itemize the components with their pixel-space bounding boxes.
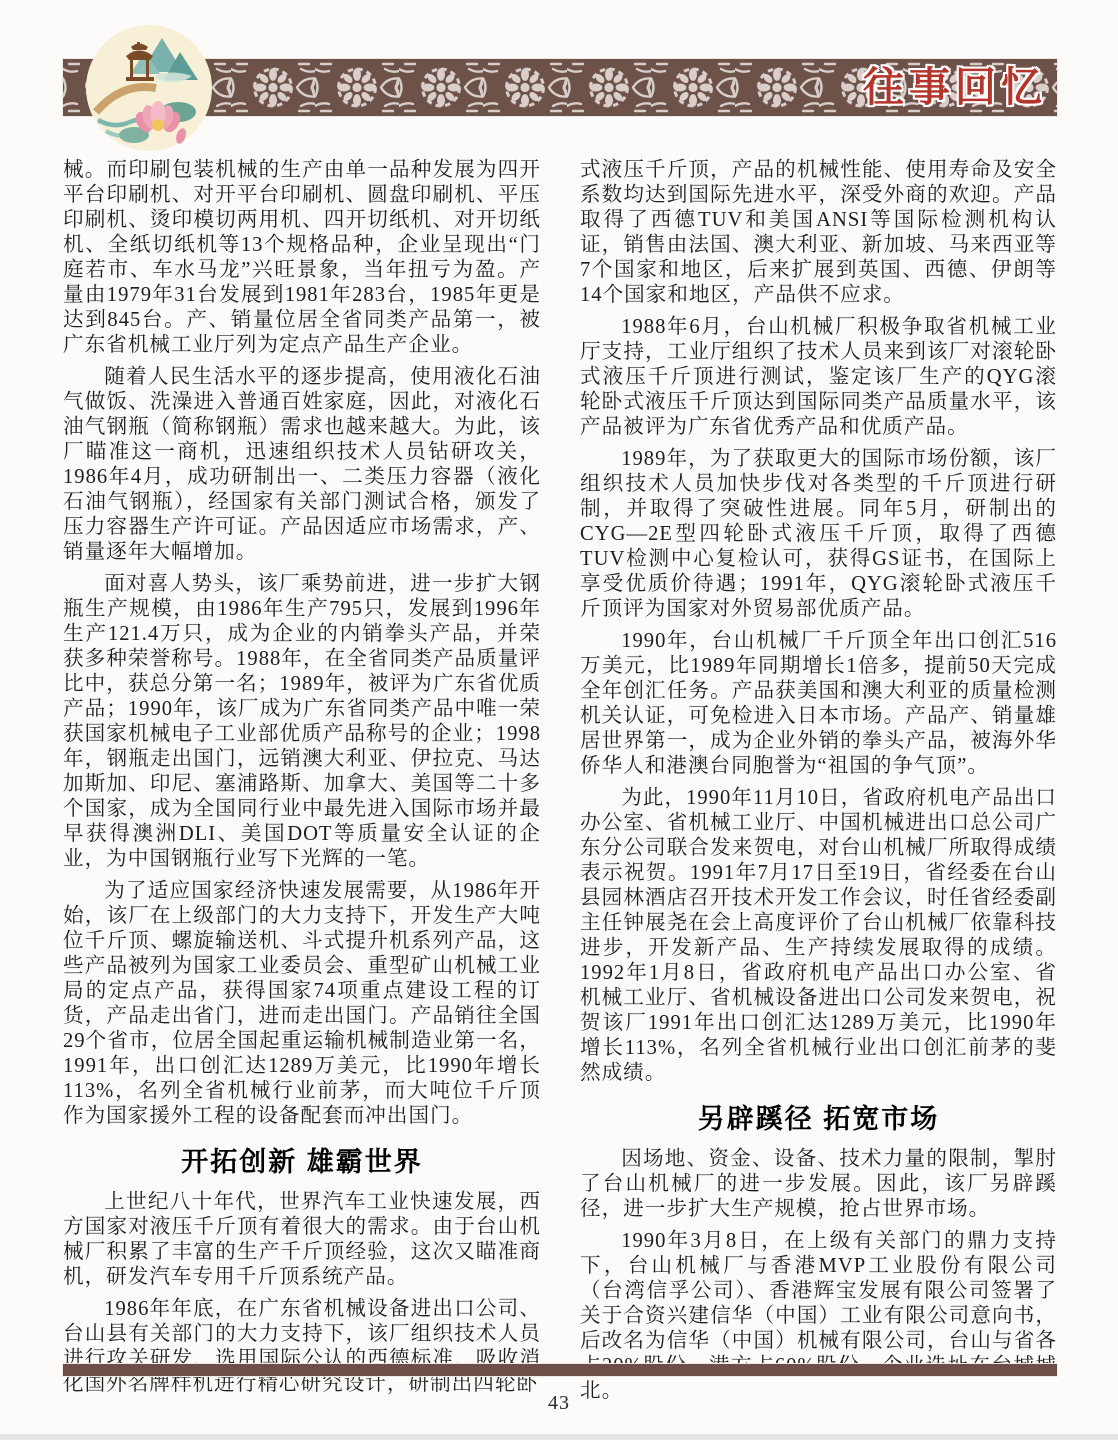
paragraph: 为此，1990年11月10日，省政府机电产品出口办公室、省机械工业厅、中国机械进… [580,786,1057,1086]
paragraph: 因场地、资金、设备、技术力量的限制，掣肘了台山机械厂的进一步发展。因此，该厂另辟… [580,1147,1057,1222]
paragraph: 1986年年底，在广东省机械设备进出口公司、台山县有关部门的大力支持下，该厂组织… [63,1297,541,1397]
paragraph: 面对喜人势头，该厂乘势前进，进一步扩大钢瓶生产规模，由1986年生产795只，发… [63,572,541,872]
landscape-lotus-emblem-icon [82,22,216,156]
footer-rule [63,1364,1057,1376]
paragraph: 械。而印刷包装机械的生产由单一品种发展为四开平台印刷机、对开平台印刷机、圆盘印刷… [63,158,541,358]
left-column: 械。而印刷包装机械的生产由单一品种发展为四开平台印刷机、对开平台印刷机、圆盘印刷… [63,158,541,1404]
paragraph: 随着人民生活水平的逐步提高，使用液化石油气做饭、洗澡进入普通百姓家庭，因此，对液… [63,365,541,565]
section-heading-market: 另辟蹊径 拓宽市场 [580,1097,1057,1136]
paragraph: 上世纪八十年代，世界汽车工业快速发展，西方国家对液压千斤顶有着很大的需求。由于台… [63,1190,541,1290]
section-heading-innovation: 开拓创新 雄霸世界 [63,1140,541,1179]
paragraph: 1990年，台山机械厂千斤顶全年出口创汇516万美元，比1989年同期增长1倍多… [580,629,1057,779]
paragraph: 1990年3月8日，在上级有关部门的鼎力支持下，台山机械厂与香港MVP工业股份有… [580,1229,1057,1404]
right-column: 式液压千斤顶，产品的机械性能、使用寿命及安全系数均达到国际先进水平，深受外商的欢… [580,158,1057,1411]
page-number: 43 [0,1392,1118,1415]
paragraph: 1988年6月，台山机械厂积极争取省机械工业厅支持，工业厅组织了技术人员来到该厂… [580,315,1057,440]
paragraph: 式液压千斤顶，产品的机械性能、使用寿命及安全系数均达到国际先进水平，深受外商的欢… [580,158,1057,308]
paragraph: 1989年，为了获取更大的国际市场份额，该厂组织技术人员加快步伐对各类型的千斤顶… [580,447,1057,622]
next-page-edge [0,1434,1118,1440]
paragraph: 为了适应国家经济快速发展需要，从1986年开始，该厂在上级部门的大力支持下，开发… [63,879,541,1129]
section-title: 往事回忆 [857,59,1053,116]
